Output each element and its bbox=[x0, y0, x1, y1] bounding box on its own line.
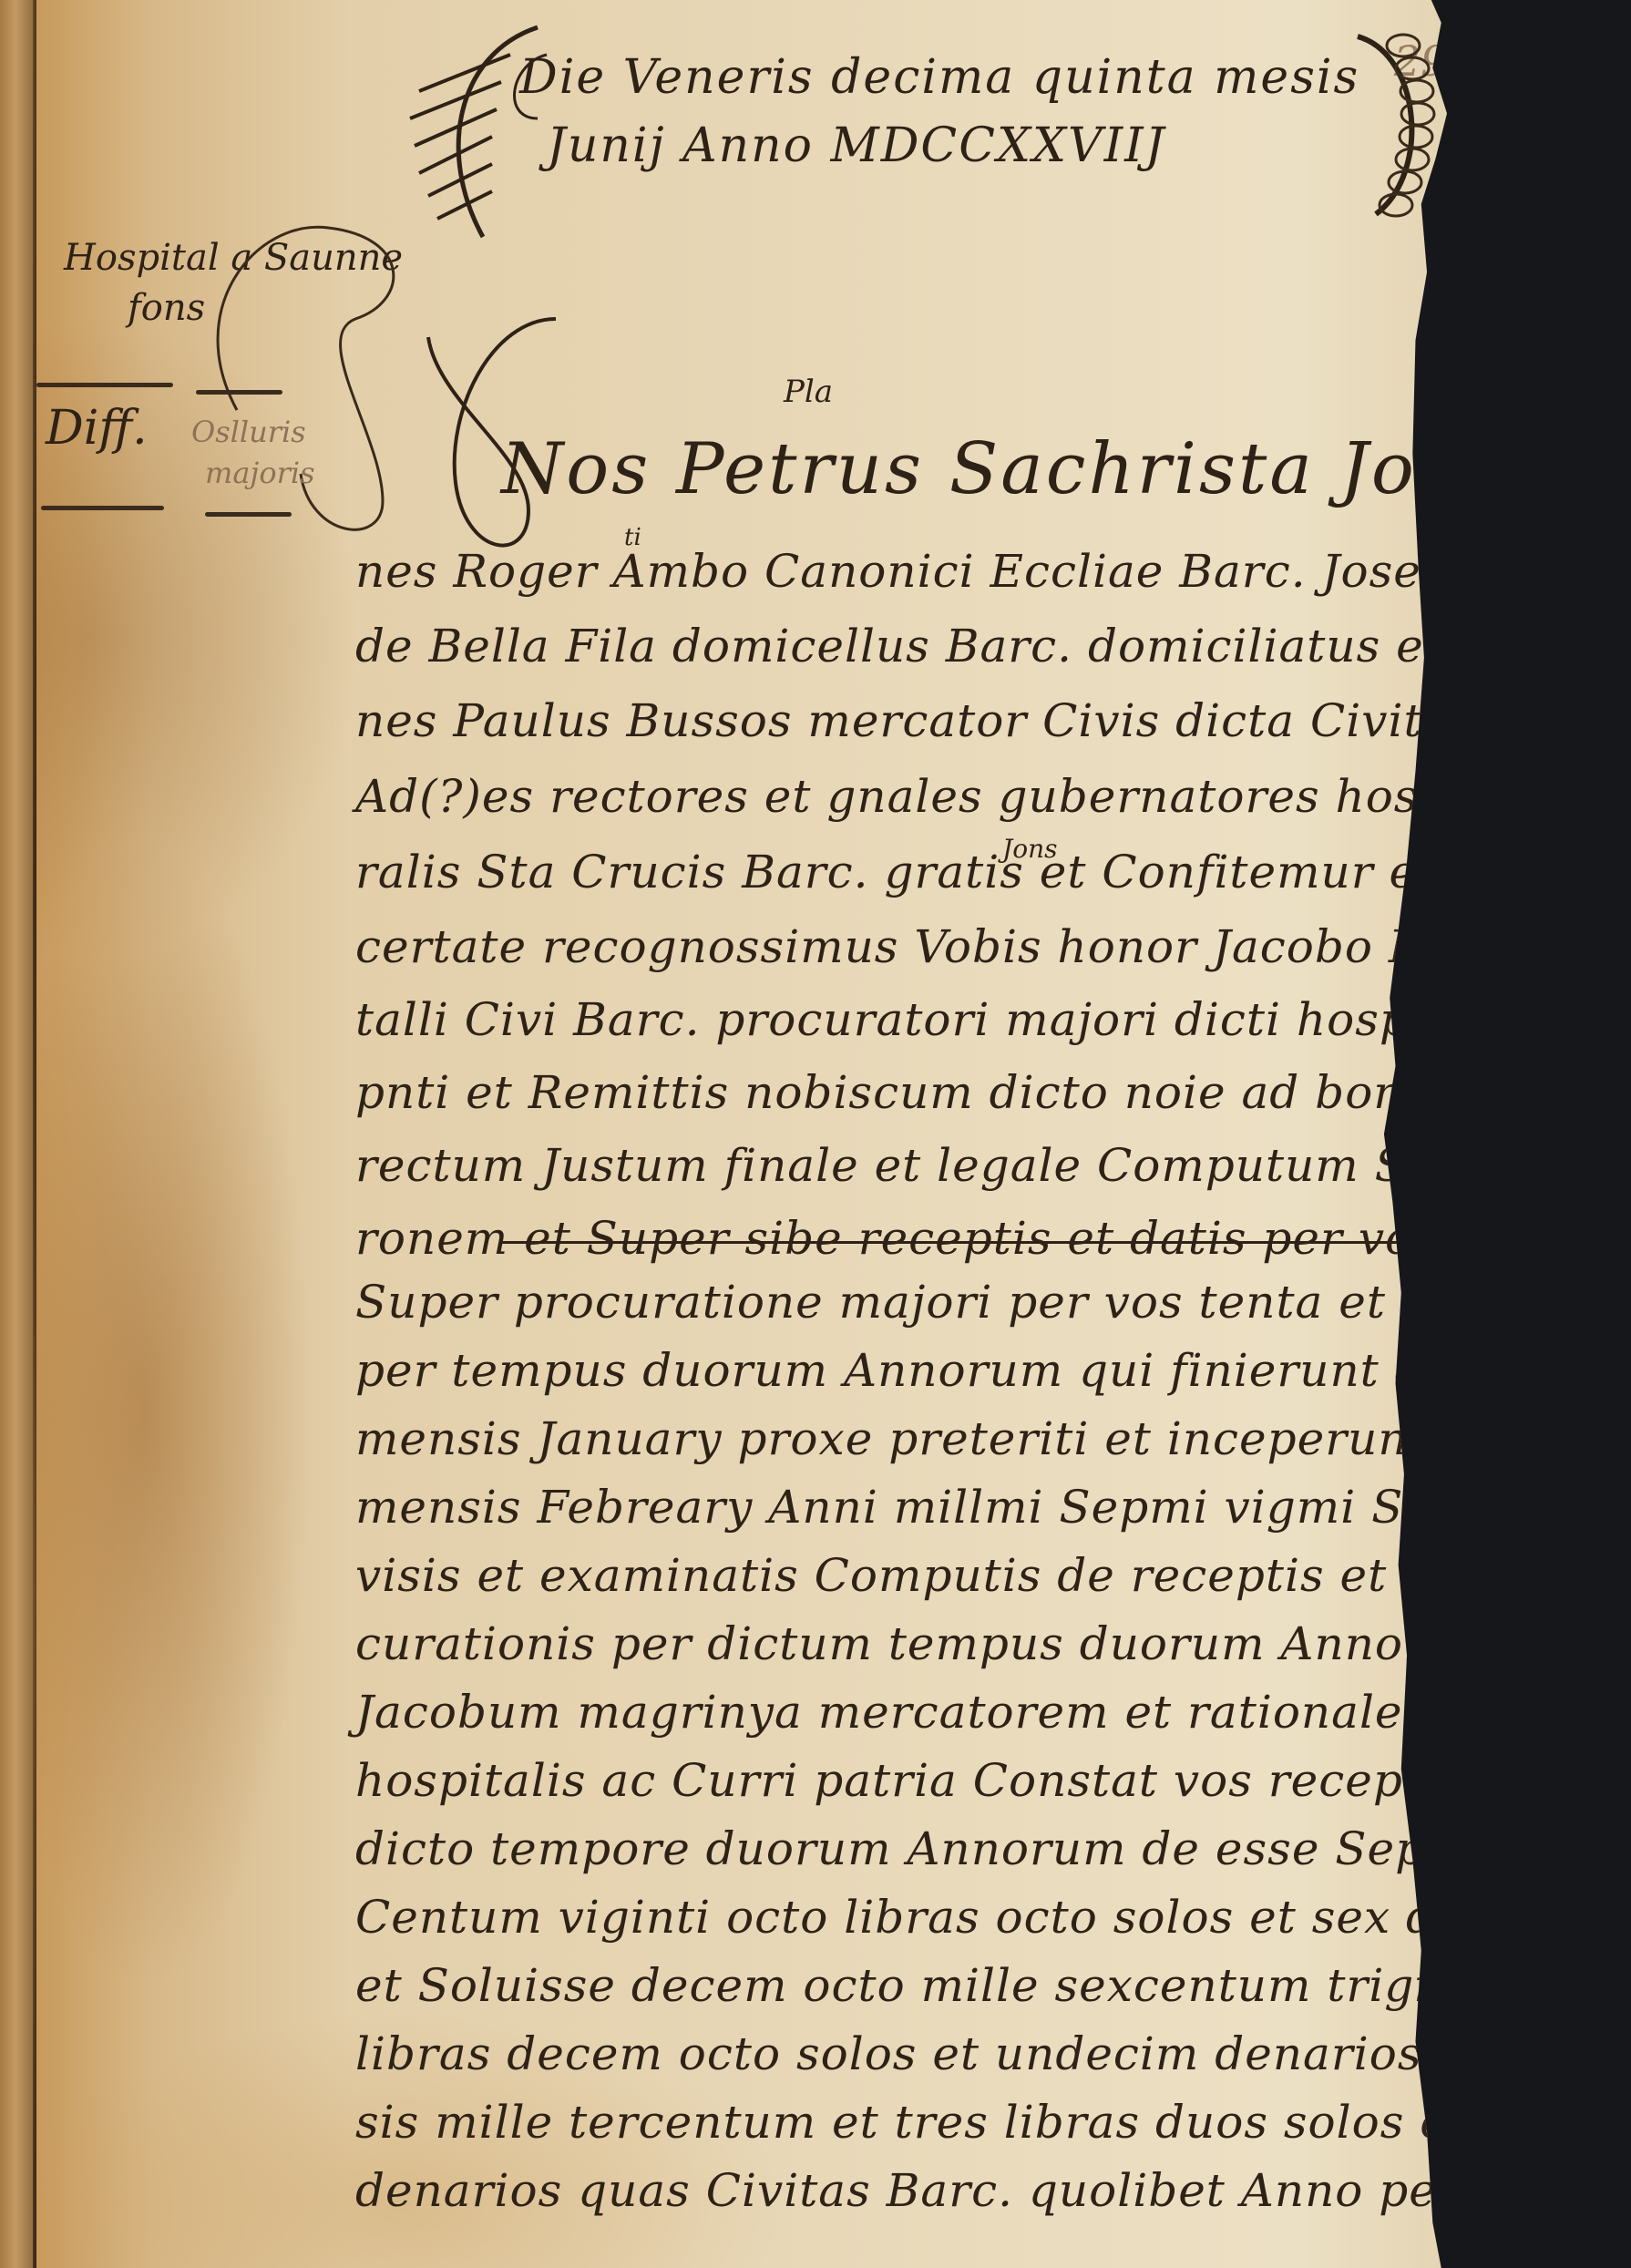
body-line-6: ralis Sta Crucis Barc. gratis et Confite… bbox=[355, 846, 1501, 898]
date-heading-line-2: Junij Anno MDCCXXVIIJ bbox=[547, 118, 1166, 173]
body-line-18: Jacobum magrinya mercatorem et rationale… bbox=[355, 1686, 1569, 1739]
facing-page-edge bbox=[0, 0, 35, 2268]
manuscript-page: 29 Die Veneris decima quinta mesis Junij… bbox=[36, 0, 1467, 2268]
margin-loop-flourish-icon bbox=[200, 200, 437, 547]
body-line-19: hospitalis ac Curri patria Constat vos r… bbox=[355, 1754, 1560, 1807]
strikethrough-rule bbox=[501, 1241, 1412, 1244]
margin-rule-top-left bbox=[36, 383, 173, 387]
margin-diff-label: Diff. bbox=[46, 401, 148, 456]
body-line-1: Nos Petrus Sachrista Joan bbox=[501, 428, 1511, 510]
margin-rule-bottom-left bbox=[41, 506, 164, 510]
body-line-22: et Soluisse decem octo mille sexcentum t… bbox=[355, 1959, 1602, 2012]
margin-title-line-2: fons bbox=[128, 287, 205, 329]
margin-rule-top-right bbox=[196, 390, 282, 395]
body-line-8: talli Civi Barc. procuratori majori dict… bbox=[355, 993, 1527, 1046]
body-line-3: de Bella Fila domicellus Barc. domicilia… bbox=[355, 620, 1564, 672]
date-heading-line-1: Die Veneris decima quinta mesis bbox=[519, 50, 1359, 105]
margin-rule-bottom-right bbox=[205, 512, 292, 517]
body-line-25: denarios quas Civitas Barc. quolibet Ann… bbox=[355, 2164, 1519, 2217]
interlinear-pla: Pla bbox=[784, 374, 833, 410]
margin-faded-line-2: majoris bbox=[205, 456, 315, 490]
binding-gutter bbox=[33, 0, 36, 2268]
body-line-2: nes Roger Ambo Canonici Eccliae Barc. Jo… bbox=[355, 545, 1536, 598]
margin-faded-line-1: Oslluris bbox=[191, 415, 306, 449]
